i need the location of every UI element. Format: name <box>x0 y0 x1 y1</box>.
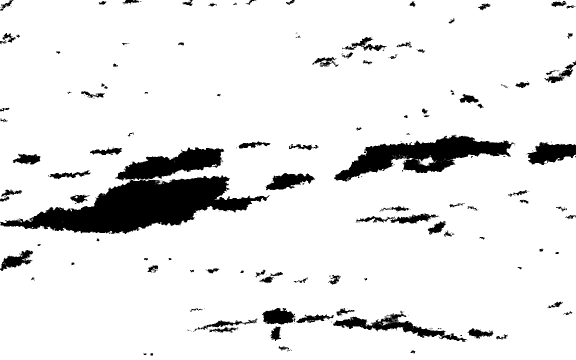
grunge-ink-mark <box>241 271 244 273</box>
grunge-canvas <box>0 0 576 360</box>
grunge-ink-mark <box>169 258 172 260</box>
grunge-ink-mark <box>451 90 454 92</box>
grunge-ink-mark <box>144 92 148 94</box>
grunge-ink-mark <box>477 105 483 109</box>
grunge-ink-mark <box>97 239 100 241</box>
grunge-ink-mark <box>102 84 105 86</box>
grunge-ink-mark <box>38 244 41 246</box>
grunge-ink-mark <box>233 3 237 5</box>
grunge-ink-mark <box>32 278 35 280</box>
grunge-texture-image <box>0 0 576 360</box>
grunge-ink-mark <box>518 267 522 269</box>
grunge-ink-mark <box>480 237 484 239</box>
grunge-ink-mark <box>404 116 408 118</box>
grunge-ink-mark <box>452 93 455 95</box>
grunge-ink-mark <box>144 258 148 260</box>
grunge-ink-mark <box>555 252 559 254</box>
grunge-ink-mark <box>16 35 20 37</box>
grunge-ink-mark <box>105 87 108 89</box>
grunge-ink-mark <box>420 109 426 112</box>
grunge-ink-mark <box>144 353 147 355</box>
grunge-ink-mark <box>411 351 416 353</box>
grunge-ink-mark <box>72 263 75 265</box>
grunge-ink-mark <box>151 353 154 355</box>
grunge-ink-mark <box>357 128 362 130</box>
grunge-ink-mark <box>191 270 194 272</box>
grunge-ink-mark <box>365 278 368 280</box>
grunge-gap-mark <box>507 145 525 156</box>
grunge-ink-mark <box>56 51 60 53</box>
